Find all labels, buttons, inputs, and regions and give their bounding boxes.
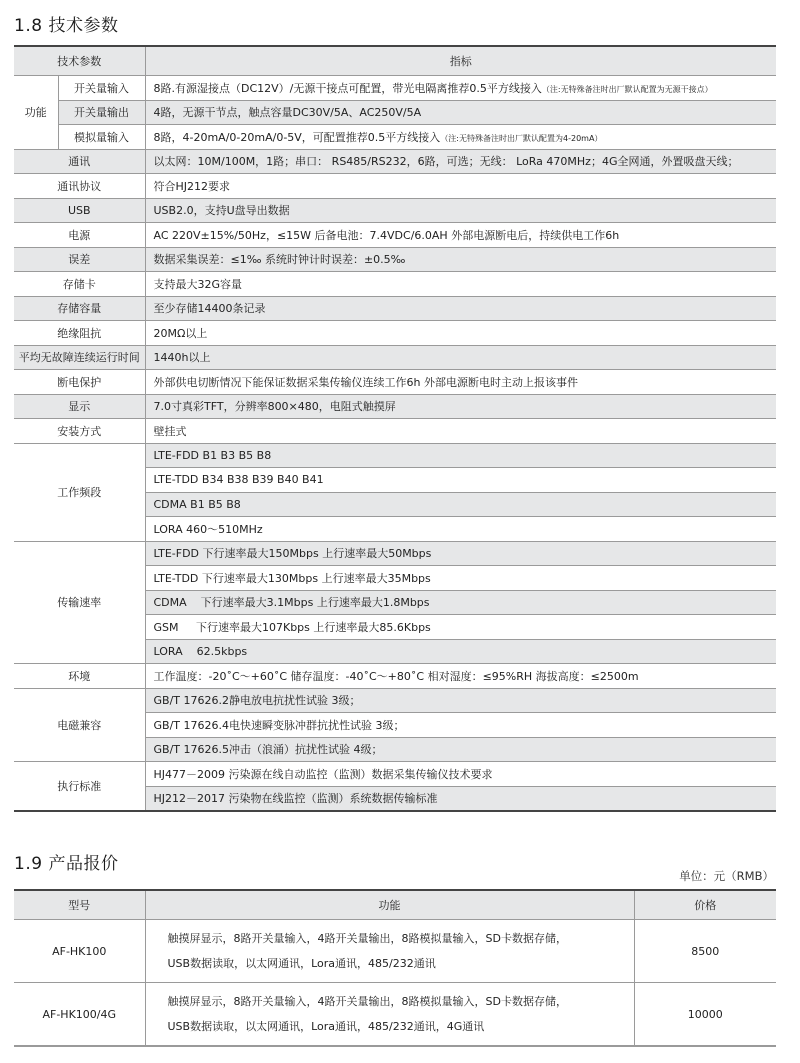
note-text: （注:无特殊备注时出厂默认配置为4-20mA） [440,134,602,143]
row-value: 20MΩ以上 [145,321,776,346]
table-row: AF-HK100 触摸屏显示，8路开关量输入，4路开关量输出，8路模拟量输入，S… [14,920,776,983]
emc-value: GB/T 17626.5冲击（浪涌）抗扰性试验 4级； [145,737,776,762]
row-label: 存储卡 [14,272,145,297]
table-row: 绝缘阻抗20MΩ以上 [14,321,776,346]
row-label: 显示 [14,394,145,419]
row-value: 数据采集误差：≤1‰ 系统时钟计时误差：±0.5‰ [145,247,776,272]
function-cell: 触摸屏显示，8路开关量输入，4路开关量输出，8路模拟量输入，SD卡数据存储，US… [145,920,634,983]
row-value: 8路，4-20mA/0-20mA/0-5V，可配置推荐0.5平方线接入（注:无特… [145,125,776,150]
row-value: 壁挂式 [145,419,776,444]
row-value: 7.0寸真彩TFT，分辨率800×480，电阻式触摸屏 [145,394,776,419]
table-row: 断电保护外部供电切断情况下能保证数据采集传输仪连续工作6h 外部电源断电时主动上… [14,370,776,395]
rate-value: CDMA 下行速率最大3.1Mbps 上行速率最大1.8Mbps [145,590,776,615]
environment-label: 环境 [14,664,145,689]
band-value: CDMA B1 B5 B8 [145,492,776,517]
model-cell: AF-HK100/4G [14,983,145,1047]
table-row: 环境 工作温度：-20˚C～+60˚C 储存温度：-40˚C～+80˚C 相对湿… [14,664,776,689]
table-row: 存储卡支持最大32G容量 [14,272,776,297]
band-value: LTE-FDD B1 B3 B5 B8 [145,443,776,468]
function-line: USB数据读取，以太网通讯，Lora通讯，485/232通讯，4G通讯 [168,1014,626,1039]
header-param: 技术参数 [14,46,145,76]
row-label: 开关量输出 [58,100,145,125]
function-group-label: 功能 [14,76,58,150]
pricing-table: 型号 功能 价格 AF-HK100 触摸屏显示，8路开关量输入，4路开关量输出，… [14,889,776,1047]
table-row: AF-HK100/4G 触摸屏显示，8路开关量输入，4路开关量输出，8路模拟量输… [14,983,776,1047]
table-row: 通讯以太网：10M/100M，1路；串口： RS485/RS232，6路，可选；… [14,149,776,174]
band-value: LTE-TDD B34 B38 B39 B40 B41 [145,468,776,493]
row-value: 4路，无源干节点，触点容量DC30V/5A、AC250V/5A [145,100,776,125]
function-line: 触摸屏显示，8路开关量输入，4路开关量输出，8路模拟量输入，SD卡数据存储， [168,926,626,951]
table-row: 传输速率 LTE-FDD 下行速率最大150Mbps 上行速率最大50Mbps [14,541,776,566]
table-row: 显示7.0寸真彩TFT，分辨率800×480，电阻式触摸屏 [14,394,776,419]
rate-value: LTE-FDD 下行速率最大150Mbps 上行速率最大50Mbps [145,541,776,566]
section-title-tech-params: 1.8 技术参数 [14,11,118,36]
note-text: （注:无特殊备注时出厂默认配置为无源干接点） [542,85,713,94]
row-value: 符合HJ212要求 [145,174,776,199]
row-label: 平均无故障连续运行时间 [14,345,145,370]
row-label: 电源 [14,223,145,248]
rate-value: GSM 下行速率最大107Kbps 上行速率最大85.6Kbps [145,615,776,640]
row-label: 存储容量 [14,296,145,321]
row-value: 外部供电切断情况下能保证数据采集传输仪连续工作6h 外部电源断电时主动上报该事件 [145,370,776,395]
rate-value: LTE-TDD 下行速率最大130Mbps 上行速率最大35Mbps [145,566,776,591]
rates-label: 传输速率 [14,541,145,664]
emc-label: 电磁兼容 [14,688,145,762]
emc-value: GB/T 17626.4电快速瞬变脉冲群抗扰性试验 3级； [145,713,776,738]
header-spec: 指标 [145,46,776,76]
row-label: 误差 [14,247,145,272]
row-label: USB [14,198,145,223]
emc-value: GB/T 17626.2静电放电抗扰性试验 3级； [145,688,776,713]
table-row: 模拟量输入 8路，4-20mA/0-20mA/0-5V，可配置推荐0.5平方线接… [14,125,776,150]
row-label: 断电保护 [14,370,145,395]
price-cell: 10000 [634,983,776,1047]
header-model: 型号 [14,890,145,920]
row-value: USB2.0，支持U盘导出数据 [145,198,776,223]
currency-unit: 单位：元（RMB） [679,868,774,884]
row-label: 开关量输入 [58,76,145,101]
table-row: 功能 开关量输入 8路.有源湿接点（DC12V）/无源干接点可配置，带光电隔离推… [14,76,776,101]
table-row: 开关量输出 4路，无源干节点，触点容量DC30V/5A、AC250V/5A [14,100,776,125]
table-row: 存储容量至少存储14400条记录 [14,296,776,321]
table-row: 平均无故障连续运行时间1440h以上 [14,345,776,370]
bands-label: 工作频段 [14,443,145,541]
environment-value: 工作温度：-20˚C～+60˚C 储存温度：-40˚C～+80˚C 相对湿度：≤… [145,664,776,689]
table-row: 执行标准 HJ477－2009 污染源在线自动监控（监测）数据采集传输仪技术要求 [14,762,776,787]
function-line: USB数据读取，以太网通讯，Lora通讯，485/232通讯 [168,951,626,976]
row-value: 至少存储14400条记录 [145,296,776,321]
value-text: 8路，4-20mA/0-20mA/0-5V，可配置推荐0.5平方线接入 [154,131,441,144]
table-header-row: 技术参数 指标 [14,46,776,76]
table-row: 通讯协议符合HJ212要求 [14,174,776,199]
row-label: 模拟量输入 [58,125,145,150]
standards-label: 执行标准 [14,762,145,812]
table-row: 电磁兼容 GB/T 17626.2静电放电抗扰性试验 3级； [14,688,776,713]
rate-value: LORA 62.5kbps [145,639,776,664]
value-text: 8路.有源湿接点（DC12V）/无源干接点可配置，带光电隔离推荐0.5平方线接入 [154,82,542,95]
tech-params-table: 技术参数 指标 功能 开关量输入 8路.有源湿接点（DC12V）/无源干接点可配… [14,45,776,812]
function-line: 触摸屏显示，8路开关量输入，4路开关量输出，8路模拟量输入，SD卡数据存储， [168,989,626,1014]
row-value: 支持最大32G容量 [145,272,776,297]
table-row: 误差数据采集误差：≤1‰ 系统时钟计时误差：±0.5‰ [14,247,776,272]
price-cell: 8500 [634,920,776,983]
row-value: 1440h以上 [145,345,776,370]
standard-value: HJ212－2017 污染物在线监控（监测）系统数据传输标准 [145,786,776,811]
row-value: 8路.有源湿接点（DC12V）/无源干接点可配置，带光电隔离推荐0.5平方线接入… [145,76,776,101]
standard-value: HJ477－2009 污染源在线自动监控（监测）数据采集传输仪技术要求 [145,762,776,787]
table-row: 工作频段 LTE-FDD B1 B3 B5 B8 [14,443,776,468]
row-label: 通讯协议 [14,174,145,199]
row-label: 绝缘阻抗 [14,321,145,346]
section-title-pricing: 1.9 产品报价 [14,849,118,874]
row-value: AC 220V±15%/50Hz，≤15W 后备电池：7.4VDC/6.0AH … [145,223,776,248]
row-value: 以太网：10M/100M，1路；串口： RS485/RS232，6路，可选；无线… [145,149,776,174]
table-header-row: 型号 功能 价格 [14,890,776,920]
table-row: USBUSB2.0，支持U盘导出数据 [14,198,776,223]
header-price: 价格 [634,890,776,920]
row-label: 通讯 [14,149,145,174]
table-row: 电源AC 220V±15%/50Hz，≤15W 后备电池：7.4VDC/6.0A… [14,223,776,248]
function-cell: 触摸屏显示，8路开关量输入，4路开关量输出，8路模拟量输入，SD卡数据存储，US… [145,983,634,1047]
row-label: 安装方式 [14,419,145,444]
band-value: LORA 460～510MHz [145,517,776,542]
table-row: 安装方式壁挂式 [14,419,776,444]
header-function: 功能 [145,890,634,920]
model-cell: AF-HK100 [14,920,145,983]
